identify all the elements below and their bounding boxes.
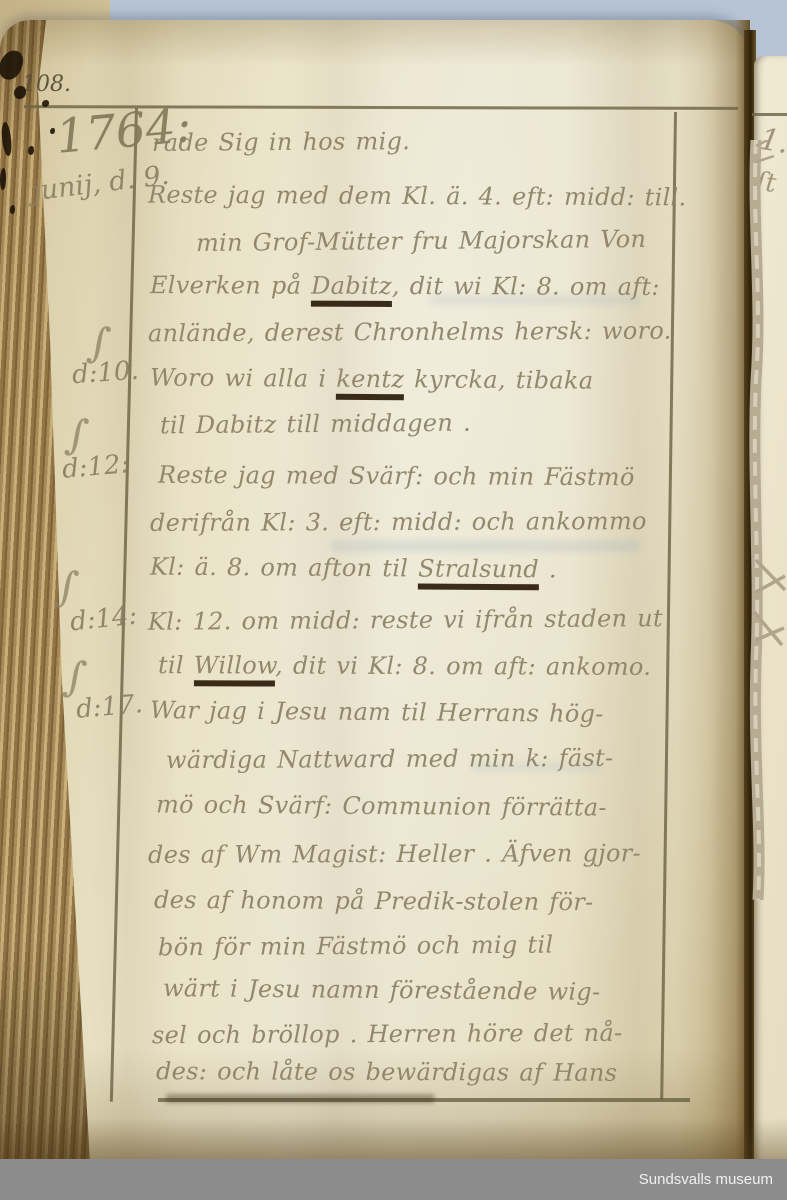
date-label-d12: d:12: [61, 449, 131, 485]
diary-line-text: wärt i Jesu namn förestående wig- [163, 974, 601, 1006]
date-label-d10: d:10. [71, 356, 140, 391]
diary-line-text: des af Wm Magist: Heller . Äfven gjor- [148, 839, 641, 869]
diary-line: rade Sig in hos mig. [152, 127, 410, 157]
diary-line: Kl: ä. 8. om afton til Stralsund . [150, 553, 557, 584]
diary-line-text: Woro wi alla i [150, 363, 336, 392]
diary-line-text: War jag i Jesu nam til Herrans hög- [150, 696, 604, 728]
diary-line-text: sel och bröllop . Herren höre det nå- [152, 1019, 623, 1049]
page-number: 108. [22, 72, 71, 97]
diary-line-text: Reste jag med Svärf: och min Fästmö [158, 461, 635, 491]
diary-line-text: til Dabitz till middagen . [160, 409, 471, 440]
diary-line-text: mö och Svärf: Communion förrätta- [156, 790, 607, 821]
ruled-line-next-page [752, 113, 787, 116]
diary-line-text: til [158, 651, 194, 679]
diary-line-text: Reste jag med dem Kl. ä. 4. eft: midd: t… [148, 181, 687, 212]
diary-line: des: och låte os bewärdigas af Hans [156, 1057, 617, 1087]
diary-line-text: Kl: ä. 8. om afton til [150, 553, 418, 583]
diary-line: bön för min Fästmö och mig til [158, 931, 554, 962]
diary-line: derifrån Kl: 3. eft: midd: och ankommo [150, 507, 647, 537]
diary-line: des af Wm Magist: Heller . Äfven gjor- [148, 839, 641, 869]
diary-line-text: des af honom på Predik-stolen för- [154, 886, 594, 916]
diary-line-text: . [539, 555, 557, 583]
diary-line: anlände, derest Chronhelms hersk: woro. [148, 317, 672, 348]
diary-line: War jag i Jesu nam til Herrans hög- [150, 696, 604, 728]
underlined-place-name: Stralsund [418, 554, 539, 590]
diary-line-text: , dit wi Kl: 8. om aft: [392, 272, 660, 301]
diary-line-text: min Grof-Mütter fru Majorskan Von [196, 225, 646, 257]
diary-line: Reste jag med Svärf: och min Fästmö [158, 461, 635, 491]
page-bottom-shadow [0, 1118, 787, 1159]
diary-line: des af honom på Predik-stolen för- [154, 886, 594, 916]
diary-line: Reste jag med dem Kl. ä. 4. eft: midd: t… [148, 181, 687, 212]
ink-bleed-streak [330, 540, 640, 552]
diary-line-text: derifrån Kl: 3. eft: midd: och ankommo [150, 507, 647, 537]
diary-line-text: Kl: 12. om midd: reste vi ifrån staden u… [148, 604, 663, 636]
museum-credit-bar: Sundsvalls museum [0, 1159, 787, 1200]
diary-line-text: rade Sig in hos mig. [152, 127, 410, 157]
diary-line-text: , dit vi Kl: 8. om aft: ankomo. [275, 652, 651, 681]
diary-line: sel och bröllop . Herren höre det nå- [152, 1019, 623, 1049]
diary-line: wärdiga Nattward med min k: fäst- [166, 744, 614, 774]
diary-line-text: anlände, derest Chronhelms hersk: woro. [148, 317, 672, 348]
museum-credit-text: Sundsvalls museum [639, 1171, 773, 1188]
underlined-place-name: kentz [336, 365, 404, 400]
diary-line: Kl: 12. om midd: reste vi ifrån staden u… [148, 604, 663, 636]
photographed-diary-page: { "photo": { "credit": "Sundsvalls museu… [0, 0, 787, 1200]
date-label-d17: d:17. [75, 689, 144, 725]
diary-line: wärt i Jesu namn förestående wig- [163, 974, 601, 1006]
diary-line-text: Elverken på [150, 271, 311, 300]
underlined-place-name: Willow [194, 651, 275, 686]
diary-line-text: kyrcka, tibaka [404, 365, 593, 394]
diary-line: Woro wi alla i kentz kyrcka, tibaka [150, 363, 594, 394]
binding-thread [738, 140, 787, 900]
ink-smudge [166, 1094, 434, 1103]
diary-line: til Willow, dit vi Kl: 8. om aft: ankomo… [158, 651, 651, 681]
underlined-place-name: Dabitz [311, 272, 392, 307]
diary-line: min Grof-Mütter fru Majorskan Von [196, 225, 646, 257]
diary-line-text: des: och låte os bewärdigas af Hans [156, 1057, 617, 1087]
diary-line: til Dabitz till middagen . [160, 409, 471, 440]
diary-line-text: wärdiga Nattward med min k: fäst- [166, 744, 614, 774]
diary-line: mö och Svärf: Communion förrätta- [156, 790, 607, 821]
diary-line-text: bön för min Fästmö och mig til [158, 931, 554, 962]
diary-line: Elverken på Dabitz, dit wi Kl: 8. om aft… [150, 271, 660, 301]
